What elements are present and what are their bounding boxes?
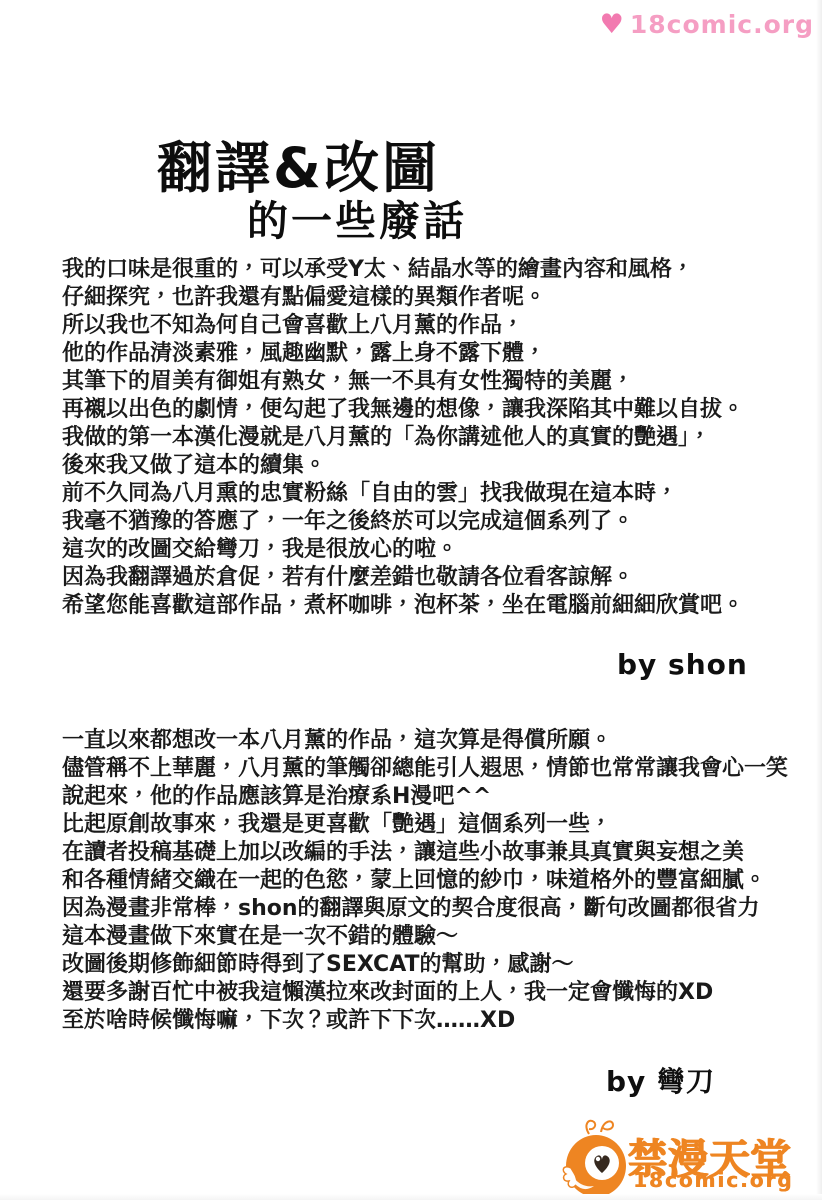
text-line: 因為我翻譯過於倉促，若有什麼差錯也敬請各位看客諒解。 [62,564,744,592]
text-line: 說起來，他的作品應該算是治療系H漫吧^^ [62,783,788,811]
site-logo-url: 18comic.org [633,1168,794,1192]
text-line: 這次的改圖交給彎刀，我是很放心的啦。 [62,536,744,564]
translator-note: 我的口味是很重的，可以承受Y太、結晶水等的繪畫內容和風格， 仔細探究，也許我還有… [62,256,744,620]
text-line: 和各種情緒交織在一起的色慾，蒙上回憶的紗巾，味道格外的豐富細膩。 [62,867,788,895]
heart-icon: ♥ [600,11,625,38]
text-line: 還要多謝百忙中被我這懶漢拉來改封面的上人，我一定會懺悔的XD [62,979,788,1007]
text-line: 在讀者投稿基礎上加以改編的手法，讓這些小故事兼具真實與妄想之美 [62,839,788,867]
text-line: 這本漫畫做下來實在是一次不錯的體驗～ [62,923,788,951]
text-line: 至於啥時候懺悔嘛，下次？或許下下次……XD [62,1007,788,1035]
top-watermark: ♥ 18comic.org [600,10,814,39]
text-line: 後來我又做了這本的續集。 [62,452,744,480]
editor-signature: by 彎刀 [606,1060,715,1100]
mascot-logo-icon [561,1116,627,1198]
top-watermark-text: 18comic.org [630,10,814,39]
text-line: 儘管稱不上華麗，八月薰的筆觸卻總能引人遐思，情節也常常讓我會心一笑 [62,755,788,783]
text-line: 前不久同為八月熏的忠實粉絲「自由的雲」找我做現在這本時， [62,480,744,508]
text-line: 因為漫畫非常棒，shon的翻譯與原文的契合度很高，斷句改圖都很省力 [62,895,788,923]
text-line: 所以我也不知為何自己會喜歡上八月薰的作品， [62,312,744,340]
text-line: 我做的第一本漢化漫就是八月薰的「為你講述他人的真實的艷遇」， [62,424,744,452]
text-line: 再襯以出色的劇情，便勾起了我無邊的想像，讓我深陷其中難以自拔。 [62,396,744,424]
text-line: 一直以來都想改一本八月薰的作品，這次算是得償所願。 [62,727,788,755]
scanned-afterword-page: ♥ 18comic.org 翻譯&改圖 的一些廢話 我的口味是很重的，可以承受Y… [0,0,822,1200]
text-line: 他的作品清淡素雅，風趣幽默，露上身不露下體， [62,340,744,368]
text-line: 改圖後期修飾細節時得到了SEXCAT的幫助，感謝～ [62,951,788,979]
scan-edge-shadow-right [816,0,822,1200]
page-title-line2: 的一些廢話 [247,188,467,247]
text-line: 比起原創故事來，我還是更喜歡「艷遇」這個系列一些， [62,811,788,839]
editor-note: 一直以來都想改一本八月薰的作品，這次算是得償所願。 儘管稱不上華麗，八月薰的筆觸… [62,727,788,1035]
text-line: 其筆下的眉美有御姐有熟女，無一不具有女性獨特的美麗， [62,368,744,396]
text-line: 希望您能喜歡這部作品，煮杯咖啡，泡杯茶，坐在電腦前細細欣賞吧。 [62,592,744,620]
scan-edge-shadow-bottom [0,1194,822,1200]
text-line: 仔細探究，也許我還有點偏愛這樣的異類作者呢。 [62,284,744,312]
translator-signature: by shon [617,648,748,681]
text-line: 我毫不猶豫的答應了，一年之後終於可以完成這個系列了。 [62,508,744,536]
text-line: 我的口味是很重的，可以承受Y太、結晶水等的繪畫內容和風格， [62,256,744,284]
